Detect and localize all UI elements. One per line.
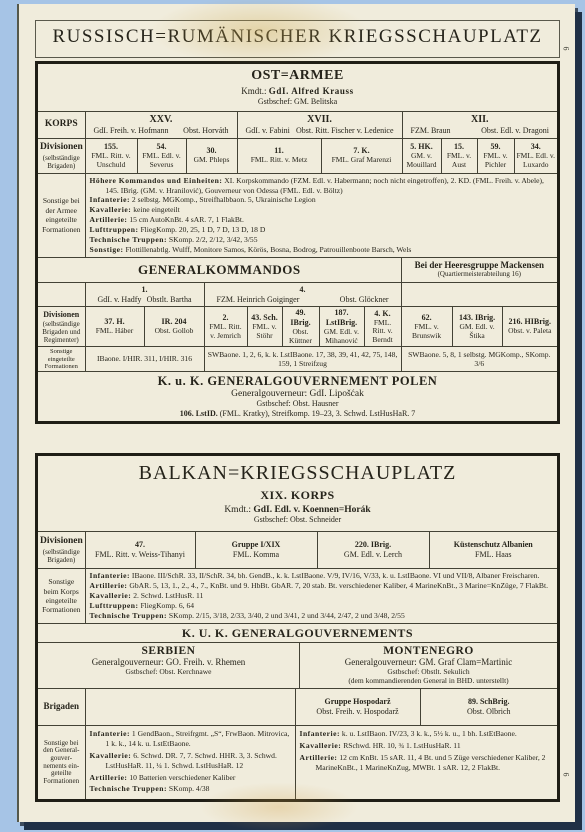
korps-commander: GdI. Freih. v. Hofmann: [94, 126, 169, 136]
balkan-table: BALKAN=KRIEGSSCHAUPLATZ XIX. KORPS Kmdt.…: [35, 453, 560, 802]
theater-title-russian-romanian: RUSSISCH=RUMÄNISCHER KRIEGSSCHAUPLATZ: [35, 20, 560, 58]
korps-commander: FZM. Braun: [411, 126, 451, 136]
divisions-row-label: Divisionen(selbständige Brigaden und Reg…: [38, 307, 85, 347]
division-cell: 216. HIBrig.Obst. v. Paleta: [502, 307, 557, 347]
division-cell: 34.FML. Edl. v. Luxardo: [514, 138, 557, 173]
ost-armee-table: OST=ARMEE Kmdt.: GdI. Alfred Krauss Gstb…: [35, 61, 560, 424]
brigades-row-label: Brigaden: [38, 689, 85, 726]
division-cell: 220. IBrig.GM. Edl. v. Lerch: [317, 532, 429, 569]
other-formations-cell: IBaone. I/HIR. 311, I/HIR. 316: [85, 347, 204, 371]
korps-xxv: XXV. GdI. Freih. v. HofmannObst. Horváth: [85, 111, 237, 138]
division-cell: 59.FML. v. Pichler: [477, 138, 514, 173]
korps-xvii: XVII. GdI. v. FabiniObst. Ritt. Fischer …: [237, 111, 402, 138]
serbien-formations: Infanterie: 1 GendBaon., Streifrgmt. „S“…: [85, 726, 295, 800]
gouvernements-title: K. U. K. GENERALGOUVERNEMENTS: [38, 623, 557, 642]
army-chief-of-staff: Gstbschef: GM. Belitska: [38, 97, 557, 107]
division-cell: 62.FML. v. Brunswik: [401, 307, 452, 347]
division-cell: 187. LstIBrig.GM. Edl. v. Mihanović: [319, 307, 364, 347]
korps-chief: Obst. Edl. v. Dragoni: [481, 126, 549, 136]
document-page: 6 6 RUSSISCH=RUMÄNISCHER KRIEGSSCHAUPLAT…: [17, 4, 575, 822]
mackensen-header: Bei der Heeresgruppe Mackensen(Quartierm…: [401, 258, 557, 283]
empty-cell: [401, 283, 557, 307]
korps-chief-of-staff: Gstbschef: Obst. Schneider: [38, 515, 557, 524]
korps-chief: Obst. Ritt. Fischer v. Ledenice: [296, 126, 393, 136]
army-commander: Kmdt.: GdI. Alfred Krauss: [38, 86, 557, 97]
division-cell: IR. 204Obst. Gollob: [144, 307, 204, 347]
korps-title: XIX. KORPS: [38, 488, 557, 503]
other-formations-text: Infanterie: IBaone. III/SchR. 33, II/Sch…: [85, 569, 557, 623]
generalkommandos-grid: GENERALKOMMANDOS Bei der Heeresgruppe Ma…: [38, 258, 557, 371]
division-cell: 2.FML. Ritt. v. Jemrich: [204, 307, 247, 347]
korps-row-label: KORPS: [38, 111, 85, 138]
division-cell: 54.FML. Edl. v. Severus: [137, 138, 186, 173]
other-formations-label: Sonstige bei der Armee eingeteilte Forma…: [38, 173, 85, 256]
division-cell: 155.FML. Ritt. v. Unschuld: [85, 138, 137, 173]
generalkommando-4: 4. FZM. Heinrich GoigingerObst. Glöckner: [204, 283, 401, 307]
division-cell: Gruppe I/XIXFML. Komma: [195, 532, 317, 569]
theater-title-balkan: BALKAN=KRIEGSSCHAUPLATZ: [38, 462, 557, 485]
brigade-cell: 89. SchBrig.Obst. Olbrich: [420, 689, 557, 726]
gouvernements-grid: Brigaden Gruppe HospodaržObst. Freih. v.…: [38, 689, 557, 800]
page-mark-bottom: 6: [562, 773, 571, 777]
korps-xii: XII. FZM. BraunObst. Edl. v. Dragoni: [402, 111, 557, 138]
korps-number: XII.: [405, 114, 556, 127]
brigade-cell: Gruppe HospodaržObst. Freih. v. Hospodar…: [295, 689, 420, 726]
division-cell: 47.FML. Ritt. v. Weiss-Tihanyi: [85, 532, 195, 569]
division-cell: 43. Sch.FML. v. Stöhr: [247, 307, 282, 347]
divisions-row-label: Divisionen(selbständige Brigaden): [38, 532, 85, 569]
korps-number: XXV.: [88, 114, 235, 127]
korps-commander: GdI. v. Fabini: [246, 126, 290, 136]
polen-chief-of-staff: Gstbschef: Obst. Hausner: [38, 399, 557, 408]
empty-cell: [38, 283, 85, 307]
polen-gouverneur: Generalgouverneur: GdI. Lipošćak: [38, 389, 557, 399]
montenegro-formations: Infanterie: k. u. LstIBaon. IV/23, 3 k. …: [295, 726, 557, 800]
other-formations-label: Sonstige bei den General­gouver­nements …: [38, 726, 85, 800]
division-cell: 11.FML. Ritt. v. Metz: [237, 138, 321, 173]
polen-title: K. u. K. GENERALGOUVERNEMENT POLEN: [38, 374, 557, 389]
gouvernement-polen-block: K. u. K. GENERALGOUVERNEMENT POLEN Gener…: [38, 371, 557, 421]
balkan-header: BALKAN=KRIEGSSCHAUPLATZ XIX. KORPS Kmdt.…: [38, 456, 557, 531]
division-cell: 15.FML. v. Aust: [441, 138, 477, 173]
other-formations-cell: SWBaone. 1, 2, 6, k. k. LstIBaone. 17, 3…: [204, 347, 401, 371]
gouvernements-headers: SERBIEN Generalgouverneur: GO. Freih. v.…: [38, 642, 557, 688]
generalkommando-1: 1. GdI. v. HadfyObstlt. Bartha: [85, 283, 204, 307]
division-cell: 37. H.FML. Háber: [85, 307, 144, 347]
other-formations-cell: SWBaone. 5, 8, 1 selbstg. MGKomp., SKomp…: [401, 347, 557, 371]
korps-commander: Kmdt.: GdI. Edl. v. Koennen=Horák: [38, 505, 557, 515]
generalkommandos-section: GENERALKOMMANDOS Bei der Heeresgruppe Ma…: [38, 257, 557, 371]
serbien-header: SERBIEN Generalgouverneur: GO. Freih. v.…: [38, 643, 300, 688]
other-formations-text: Höhere Kommandos und Einheiten: XI. Korp…: [85, 173, 557, 256]
division-cell: 5. HK.GM. v. Mouillard: [402, 138, 441, 173]
division-cell: 7. K.FML. Graf Marenzi: [321, 138, 402, 173]
ost-armee-korps-grid: OST=ARMEE Kmdt.: GdI. Alfred Krauss Gstb…: [38, 64, 557, 257]
division-cell: 30.GM. Phleps: [186, 138, 237, 173]
division-cell: 143. IBrig.GM. Edl. v. Štika: [452, 307, 502, 347]
division-cell: 49. IBrig.Obst. Küttner: [282, 307, 319, 347]
montenegro-header: MONTENEGRO Generalgouverneur: GM. Graf C…: [300, 643, 557, 688]
page-mark-top: 6: [562, 47, 571, 51]
division-cell: Küstenschutz AlbanienFML. Haas: [429, 532, 557, 569]
divisions-row-label: Divisionen(selbständige Brigaden): [38, 138, 85, 173]
korps-chief: Obst. Horváth: [183, 126, 228, 136]
korps-number: XVII.: [240, 114, 400, 127]
other-formations-label: Sonstige eingeteilte Formationen: [38, 347, 85, 371]
polen-units: 106. LstID. (FML. Kratky), Streifkomp. 1…: [38, 409, 557, 418]
ost-armee-header: OST=ARMEE Kmdt.: GdI. Alfred Krauss Gstb…: [38, 64, 557, 111]
army-title: OST=ARMEE: [38, 67, 557, 85]
division-cell: 4. K.FML. Ritt. v. Berndt: [364, 307, 401, 347]
empty-cell: [85, 689, 295, 726]
other-formations-label: Sonstige beim Korps eingeteilte Formatio…: [38, 569, 85, 623]
generalkommandos-title: GENERALKOMMANDOS: [38, 258, 401, 283]
balkan-divisions-grid: Divisionen(selbständige Brigaden) 47.FML…: [38, 532, 557, 623]
